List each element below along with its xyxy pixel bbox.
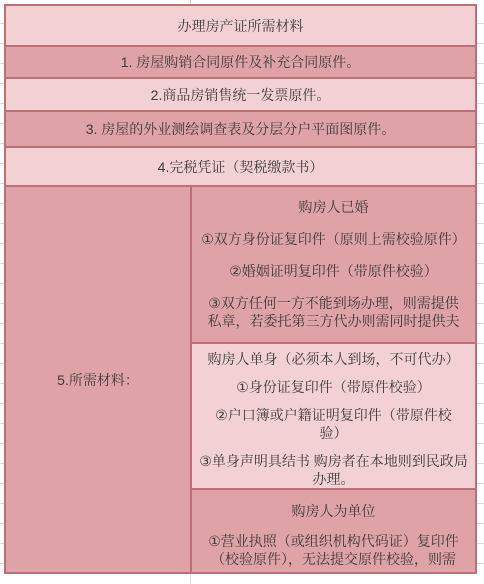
table-row-3: 3. 房屋的外业测绘调查表及分层分户平面图原件。 [6, 112, 475, 148]
right-margin-gridlines [477, 4, 484, 574]
list-item: ②户口簿或户籍证明复印件（带原件校 验） [197, 406, 470, 442]
section-buyer-single: 购房人单身（必须本人到场，不可代办） ①身份证复印件（带原件校验） ②户口簿或户… [192, 344, 475, 490]
table-row-1: 1. 房屋购销合同原件及补充合同原件。 [6, 47, 475, 79]
list-item: ②婚姻证明复印件（带原件校验） [197, 262, 470, 280]
row-text: 4.完税凭证（契税缴款书） [158, 157, 324, 177]
table-row-2: 2.商品房销售统一发票原件。 [6, 79, 475, 112]
section-heading: 购房人为单位 [197, 502, 470, 520]
materials-label: 5.所需材料： [57, 370, 139, 390]
list-item: ①身份证复印件（带原件校验） [197, 378, 470, 396]
table-row-5-materials: 5.所需材料： 购房人已婚 ①双方身份证复印件（原则上需校验原件） ②婚姻证明复… [6, 187, 475, 572]
list-item: ①营业执照（或组织机构代码证）复印件 （校验原件），无法提交原件校验，则需 [197, 532, 470, 568]
list-item: ③单身声明具结书 购房者在本地则到民政局 办理。 [197, 452, 470, 488]
section-buyer-married: 购房人已婚 ①双方身份证复印件（原则上需校验原件） ②婚姻证明复印件（带原件校验… [192, 187, 475, 344]
row-text: 3. 房屋的外业测绘调查表及分层分户平面图原件。 [86, 119, 396, 139]
table-row-4: 4.完税凭证（契税缴款书） [6, 148, 475, 187]
table-title-row: 办理房产证所需材料 [6, 6, 475, 47]
row-text: 1. 房屋购销合同原件及补充合同原件。 [121, 52, 361, 72]
column-gridline-stub-bottom [190, 574, 191, 584]
list-item: ①双方身份证复印件（原则上需校验原件） [197, 230, 470, 248]
section-heading: 购房人已婚 [197, 198, 470, 216]
property-certificate-materials-table: 办理房产证所需材料 1. 房屋购销合同原件及补充合同原件。 2.商品房销售统一发… [4, 4, 477, 574]
row-text: 2.商品房销售统一发票原件。 [151, 85, 331, 105]
materials-label-cell: 5.所需材料： [6, 187, 192, 572]
section-buyer-company: 购房人为单位 ①营业执照（或组织机构代码证）复印件 （校验原件），无法提交原件校… [192, 490, 475, 572]
list-item: ③双方任何一方不能到场办理，则需提供 私章，若委托第三方代办则需同时提供夫 [197, 294, 470, 330]
table-title: 办理房产证所需材料 [178, 16, 304, 36]
section-heading: 购房人单身（必须本人到场，不可代办） [197, 350, 470, 368]
materials-detail-cell: 购房人已婚 ①双方身份证复印件（原则上需校验原件） ②婚姻证明复印件（带原件校验… [192, 187, 475, 572]
